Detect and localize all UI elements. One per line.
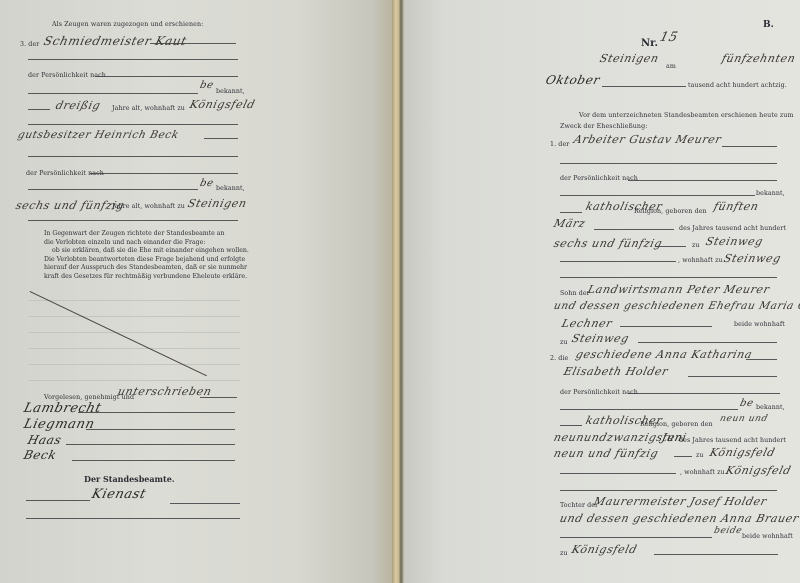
groom-religion-label: Religion, geboren den (634, 208, 707, 215)
groom-parents-line3: Lechner (560, 317, 613, 330)
intro-line-1: Vor dem unterzeichneten Standesbeamten e… (579, 112, 794, 119)
witness1-known-suffix: bekannt, (216, 88, 245, 95)
ceremony-line-2: die Verlobten einzeln und nach einander … (44, 239, 205, 247)
bride-name-line1: geschiedene Anna Katharina (574, 348, 753, 361)
bride-religion-label: Religion, geboren den (640, 421, 713, 428)
groom-prefix: 1. der (550, 141, 569, 148)
witness2-age: sechs und fünfzig (14, 199, 125, 212)
right-page: B. Nr. 15 Steinigen am fünfzehnten Oktob… (404, 0, 800, 583)
groom-birth-day: fünften (712, 200, 760, 213)
official-signature: Kienast (90, 487, 148, 502)
groom-birth-year-label: des Jahres tausend acht hundert (679, 225, 786, 232)
witness2-known-suffix: bekannt, (216, 185, 245, 192)
number-label: Nr. (641, 38, 658, 49)
bride-parents-residence-label: beide wohnhaft (742, 533, 793, 540)
ceremony-line-4: Die Verlobten beantworteten diese Frage … (44, 256, 245, 264)
witness2-known-mark: be (199, 178, 215, 189)
witness2-age-label: Jahre alt, wohnhaft zu (112, 203, 185, 210)
bride-parents-residence: Königsfeld (570, 543, 638, 556)
groom-birth-year: sechs und fünfzig (552, 237, 663, 250)
bride-birth-day-part1: neun und (719, 414, 769, 424)
year-text: tausend acht hundert achtzig. (688, 82, 787, 89)
witness1-known-mark: be (199, 80, 215, 91)
groom-birth-month: März (552, 217, 587, 230)
signature-4: Beck (22, 448, 58, 462)
ceremony-line-1: In Gegenwart der Zeugen richtete der Sta… (44, 230, 224, 238)
groom-parents-residence-prefix: zu (560, 339, 568, 346)
witness-intro: Als Zeugen waren zugezogen und erschiene… (52, 21, 203, 28)
corner-letter: B. (763, 20, 774, 30)
bride-parents-residence-prefix: zu (560, 550, 568, 557)
left-page: Als Zeugen waren zugezogen und erschiene… (0, 0, 392, 583)
bride-known-mark: be (739, 398, 755, 409)
bride-parents-line2: und dessen geschiedenen Anna Brauer (558, 512, 800, 525)
ceremony-line-3: ob sie erklären, daß sie die Ehe mit ein… (52, 247, 249, 255)
witness2-name: gutsbesitzer Heinrich Beck (17, 129, 181, 141)
intro-line-2: Zweck der Eheschließung: (560, 123, 647, 130)
groom-parents-line1: Landwirtsmann Peter Meurer (586, 283, 771, 296)
groom-birthplace-label: zu (692, 242, 700, 249)
bride-prefix: 2. die (550, 355, 568, 362)
bride-birthplace-label: zu (696, 452, 704, 459)
witness1-age: dreißig (54, 99, 102, 112)
bride-residence: Königsfeld (724, 464, 792, 477)
witness1-prefix: 3. der (20, 41, 39, 48)
bride-known-suffix: bekannt, (756, 404, 785, 411)
witness1-name: Schmiedmeister Kaut (42, 34, 188, 48)
month-value: Oktober (544, 73, 601, 87)
signature-3: Haas (26, 433, 63, 447)
bride-birth-year: neun und fünfzig (552, 447, 659, 460)
bride-residence-label: , wohnhaft zu (680, 469, 725, 476)
ceremony-line-6: kraft des Gesetzes für rechtmäßig verbun… (44, 273, 247, 281)
day-value: fünfzehnten (720, 52, 797, 65)
bride-parents-line1: Maurermeister Josef Holder (592, 495, 768, 508)
bride-birthplace: Königsfeld (708, 446, 776, 459)
witness1-age-label: Jahre alt, wohnhaft zu (112, 105, 185, 112)
groom-parents-line2: und dessen geschiedenen Ehefrau Maria Ge… (553, 300, 800, 312)
groom-parents-residence: Steinweg (570, 332, 630, 345)
place-value: Steinigen (598, 52, 660, 65)
bride-identity-label: der Persönlichkeit nach (560, 389, 638, 396)
groom-known-suffix: bekannt, (756, 190, 785, 197)
signatures-intro-hand: unterschrieben (116, 385, 213, 398)
official-title: Der Standesbeamte. (84, 474, 175, 484)
witness2-residence: Steinigen (186, 197, 248, 210)
groom-identity-label: der Persönlichkeit nach (560, 175, 638, 182)
ceremony-line-5: hierauf der Ausspruch des Standesbeamten… (44, 264, 247, 272)
witness1-residence: Königsfeld (188, 98, 256, 111)
groom-name: Arbeiter Gustav Meurer (572, 133, 722, 146)
groom-parents-residence-label: beide wohnhaft (734, 321, 785, 328)
bride-birth-year-label: des Jahres tausend acht hundert (679, 437, 786, 444)
groom-residence-label: , wohnhaft zu (678, 257, 723, 264)
date-am-label: am (666, 63, 676, 70)
number-value: 15 (658, 30, 679, 45)
bride-name-line2: Elisabeth Holder (562, 365, 669, 378)
bride-parents-mark: beide (713, 526, 744, 536)
signature-1: Lambrecht (22, 401, 103, 416)
book-spine (392, 0, 404, 583)
groom-birthplace: Steinweg (704, 235, 764, 248)
groom-residence: Steinweg (722, 252, 782, 265)
